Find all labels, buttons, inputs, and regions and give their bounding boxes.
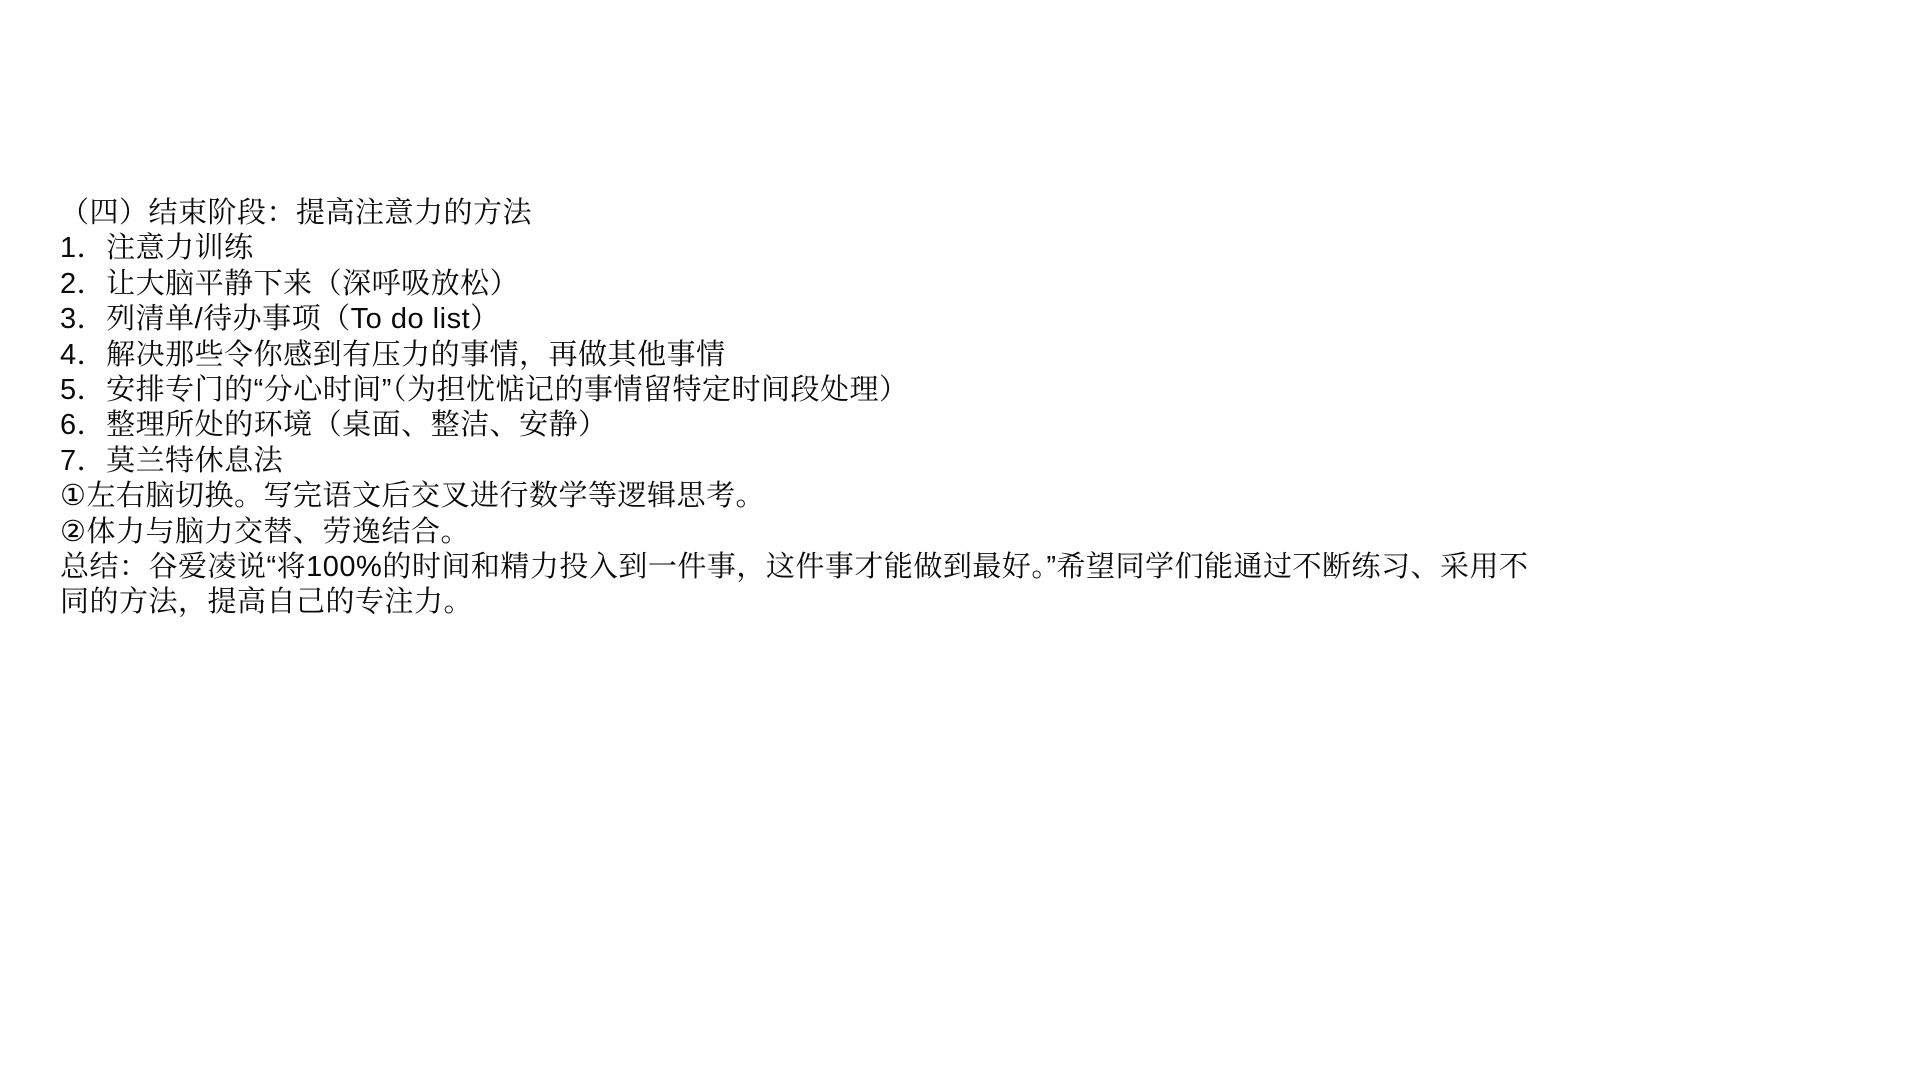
list-item-4: 4．解决那些令你感到有压力的事情，再做其他事情 [60,338,1538,373]
list-item-6: 6．整理所处的环境（桌面、整洁、安静） [60,408,1538,443]
list-item-2: 2．让大脑平静下来（深呼吸放松） [60,267,1538,302]
list-item-7: 7．莫兰特休息法 [60,444,1538,479]
summary-paragraph: 总结：谷爱凌说“将100%的时间和精力投入到一件事，这件事才能做到最好。”希望同… [60,550,1538,621]
section-title: （四）结束阶段：提高注意力的方法 [60,196,1538,231]
list-item-3: 3．列清单/待办事项（To do list） [60,302,1538,337]
list-item-1: 1．注意力训练 [60,231,1538,266]
list-item-5: 5．安排专门的“分心时间”（为担忧惦记的事情留特定时间段处理） [60,373,1538,408]
sub-item-circled-1: ①左右脑切换。写完语文后交叉进行数学等逻辑思考。 [60,479,1538,514]
text-block: （四）结束阶段：提高注意力的方法 1．注意力训练 2．让大脑平静下来（深呼吸放松… [60,196,1538,621]
slide: （四）结束阶段：提高注意力的方法 1．注意力训练 2．让大脑平静下来（深呼吸放松… [0,0,1920,1080]
sub-item-circled-2: ②体力与脑力交替、劳逸结合。 [60,515,1538,550]
